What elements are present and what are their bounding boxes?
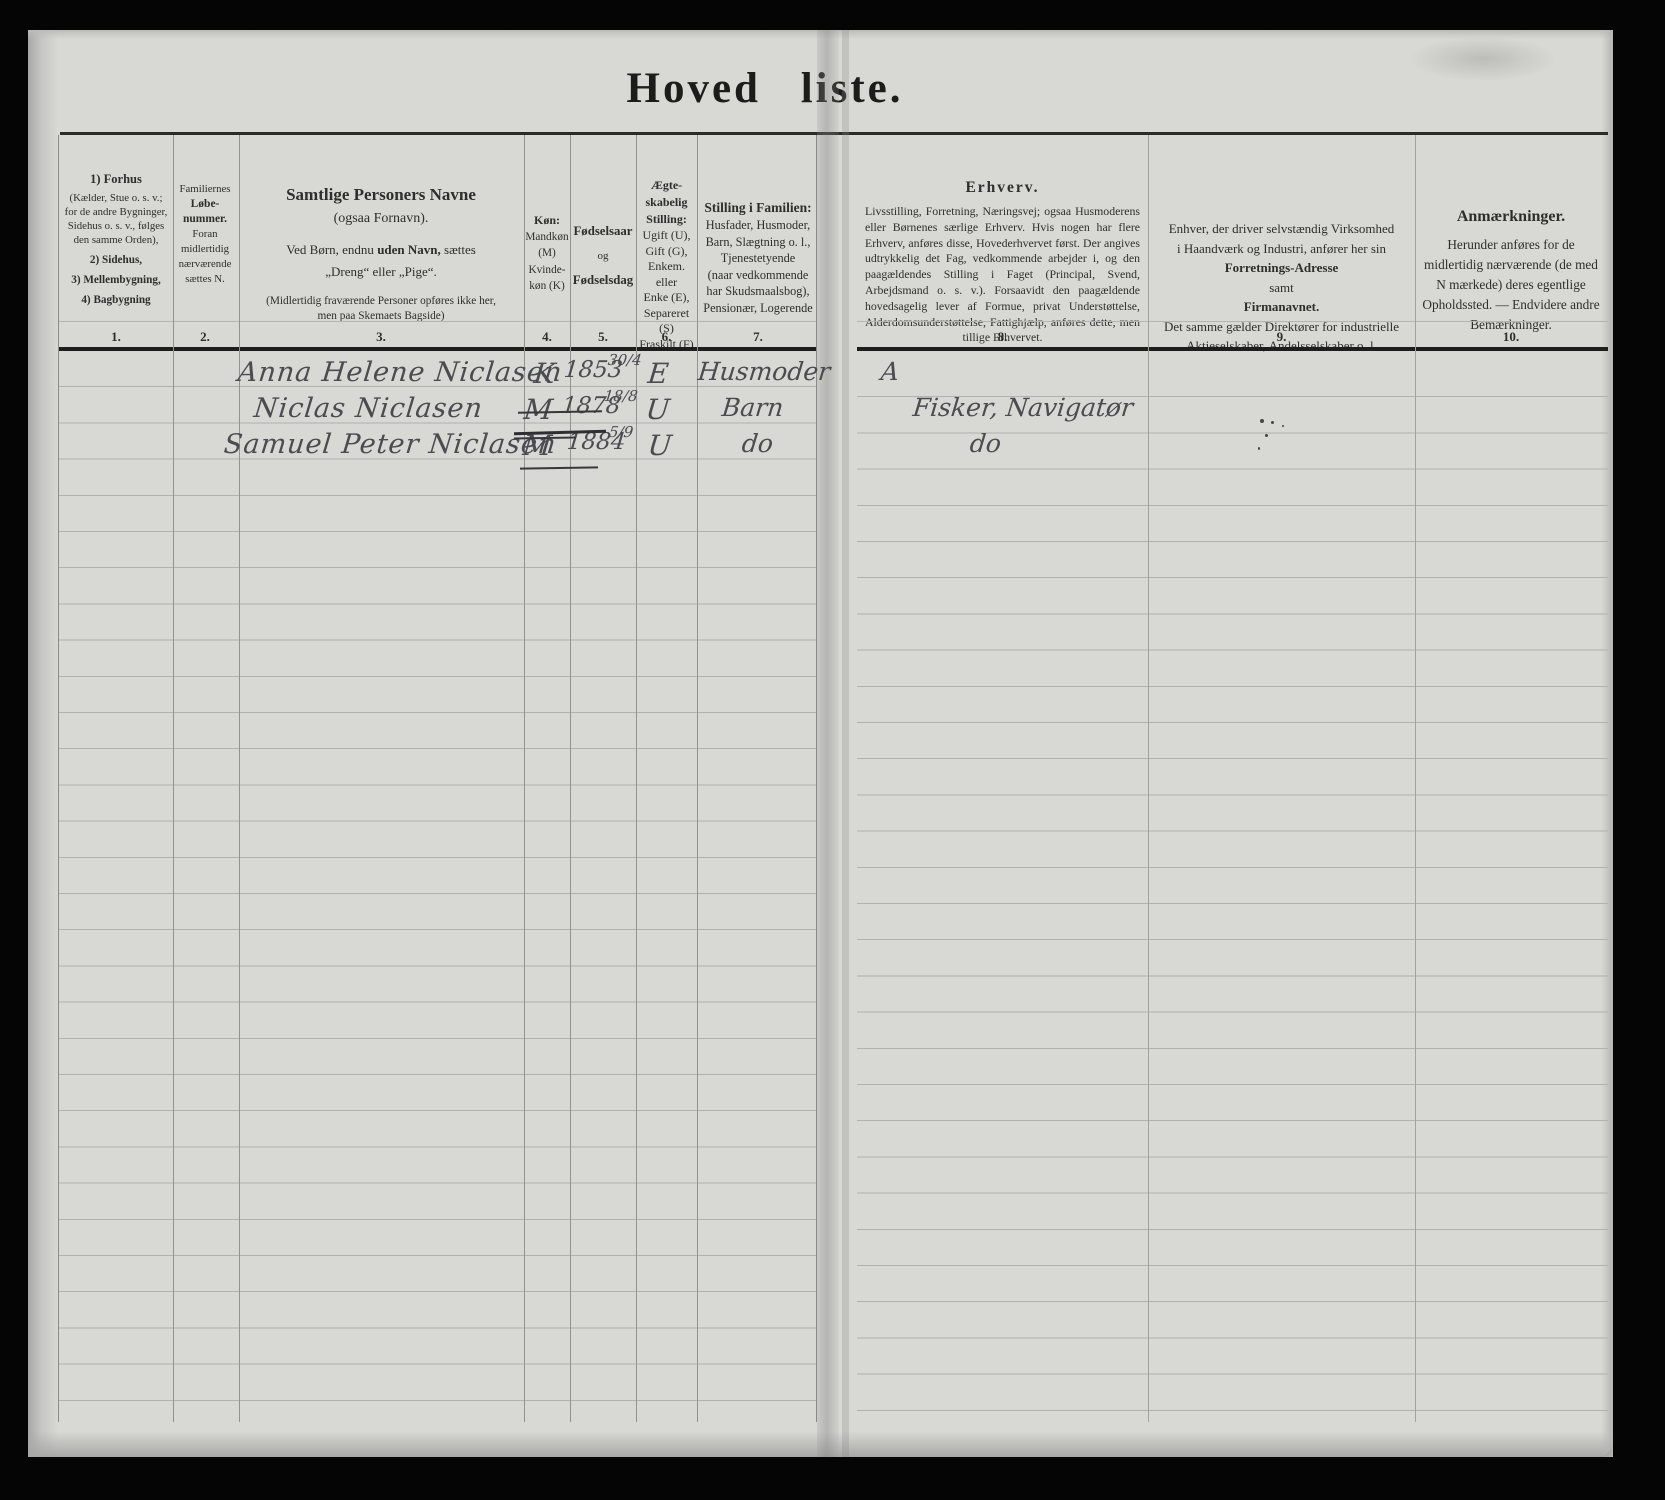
column-number-6: 6. [637, 329, 696, 346]
entry-marital-status: U [646, 429, 673, 462]
column-divider-2-3 [239, 135, 240, 1422]
table-border-left [58, 135, 59, 1422]
entry-family-position: Barn [720, 393, 784, 422]
column-number-10: 10. [1416, 329, 1606, 346]
column-number-2: 2. [174, 329, 236, 346]
census-entry-row: Samuel Peter Niclasen M 1884 5/9 U do do [28, 429, 1613, 467]
column-divider-3-4 [524, 135, 525, 1422]
column-divider-1-2 [173, 135, 174, 1422]
entry-occupation: Fisker, Navigatør [911, 393, 1134, 422]
paper-edge-left [28, 30, 58, 1457]
entry-name: Samuel Peter Niclasen [222, 429, 558, 460]
ink-speck [1258, 447, 1260, 450]
header-number-rule-right [857, 321, 1608, 322]
column-header-birth: Fødselsaar og Fødselsdag [571, 135, 635, 349]
column-header-marital-status: Ægte- skabelig Stilling: Ugift (U), Gift… [637, 135, 696, 349]
census-entry-row: Anna Helene Niclasen K 1853 30/4 E Husmo… [28, 357, 1613, 395]
entry-birth-day: 5/9 [608, 423, 634, 441]
entry-sex: M [522, 393, 554, 426]
column-number-4: 4. [525, 329, 569, 346]
page-title: Hoved liste. [28, 64, 1502, 113]
entry-birth-day: 30/4 [607, 351, 643, 369]
column-number-7: 7. [698, 329, 818, 346]
column-number-3: 3. [240, 329, 522, 346]
column-number-1: 1. [60, 329, 172, 346]
column-number-5: 5. [571, 329, 635, 346]
entry-name: Anna Helene Niclasen [236, 357, 564, 388]
column-number-9: 9. [1149, 329, 1414, 346]
ruled-rows-right-page [857, 361, 1608, 1425]
column-number-8: 8. [858, 329, 1147, 346]
entry-marital-status: U [644, 393, 671, 426]
column-header-names: Samtlige Personers Navne (ogsaa Fornavn)… [240, 135, 522, 349]
column-divider-9-10 [1415, 135, 1416, 1422]
column-divider-4-5 [570, 135, 571, 1422]
scanned-census-spread: Hoved liste. 1) Forhus (Kælder, Stue o. … [0, 0, 1665, 1500]
entry-family-position: do [740, 429, 774, 458]
header-number-rule-left [58, 321, 817, 322]
ink-speck [1260, 419, 1264, 423]
column-header-buildings: 1) Forhus (Kælder, Stue o. s. v.; for de… [60, 135, 172, 349]
entry-name: Niclas Niclasen [252, 393, 484, 424]
column-divider-5-6 [636, 135, 637, 1422]
document-page: Hoved liste. 1) Forhus (Kælder, Stue o. … [28, 30, 1613, 1457]
book-gutter-fold [842, 30, 849, 1457]
entry-family-position: Husmoder [696, 357, 831, 386]
entry-marital-status: E [646, 357, 670, 390]
entry-occupation: do [968, 429, 1002, 458]
book-gutter-shadow [817, 30, 839, 1457]
column-divider-8-9 [1148, 135, 1149, 1422]
column-header-business-address: Enhver, der driver selvstændig Virksomhe… [1149, 135, 1414, 349]
column-header-sex: Køn: Mandkøn (M) Kvinde- køn (K) [525, 135, 569, 349]
ink-speck [1282, 425, 1284, 427]
ink-speck [1271, 421, 1274, 424]
ink-speck [1265, 434, 1268, 437]
column-divider-6-7 [697, 135, 698, 1422]
column-header-family-position: Stilling i Familien: Husfader, Husmoder,… [698, 135, 818, 349]
header-bottom-rule-right [857, 347, 1608, 351]
entry-sex: K [532, 357, 556, 390]
census-entry-row: Niclas Niclasen M 1878 18/8 U Barn Fiske… [28, 393, 1613, 431]
entry-birth-day: 18/8 [603, 387, 639, 405]
column-header-occupation: Erhverv. Livsstilling, Forretning, Nærin… [858, 135, 1147, 349]
entry-occupation: A [879, 357, 900, 386]
column-header-remarks: Anmærkninger. Herunder anføres for de mi… [1416, 135, 1606, 349]
column-header-family-number: Familiernes Løbe- nummer. Foran midlerti… [174, 135, 236, 349]
